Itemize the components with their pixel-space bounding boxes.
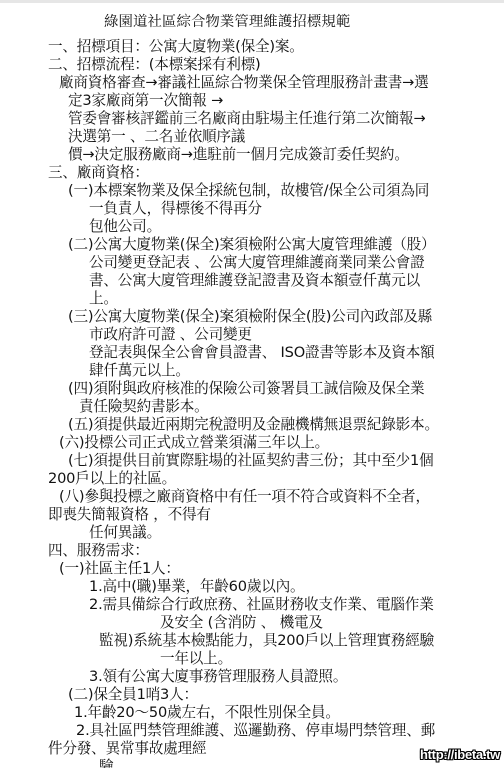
qualification-4-cont: 責任險契約書影本。 xyxy=(79,398,209,416)
requirement-security-guards: (二)保全員1哨3人： xyxy=(68,686,198,704)
qualification-3-cont: 市政府許可證 、公司變更 xyxy=(89,326,252,344)
qualification-7: (七)須提供目前實際駐場的社區契約書三份；其中至少1個 xyxy=(68,452,434,470)
qualification-2-cont: 上。 xyxy=(89,290,118,308)
qualification-2: (二)公寓大廈物業(保全)案須檢附公寓大廈管理維護（股） xyxy=(68,236,435,254)
manager-requirement-3: 3.領有公寓大廈事務管理服務人員證照。 xyxy=(89,668,347,686)
manager-requirement-2-cont: 及安全 (含消防 、 機電及 xyxy=(160,614,323,632)
qualification-1: (一)本標案物業及保全採統包制，故樓管/保全公司須為同 xyxy=(68,182,429,200)
manager-requirement-1: 1.高中(職)畢業，年齡60歲以內。 xyxy=(89,578,304,596)
document-title: 綠園道社區綜合物業管理維護招標規範 xyxy=(104,13,350,31)
manager-requirement-2-cont: 監視)系統基本檢點能力，具200戶以上管理實務經驗 xyxy=(99,632,434,650)
section-1-bidding-item: 一、招標項目：公寓大廈物業(保全)案。 xyxy=(48,38,304,56)
guard-requirement-1: 1.年齡20～50歲左右，不限性別保全員。 xyxy=(74,704,340,722)
process-line: 管委會審核評鑑前三名廠商由駐場主任進行第二次簡報→ xyxy=(68,110,425,128)
process-line: 價→決定服務廠商→進駐前一個月完成簽訂委任契約。 xyxy=(68,146,409,164)
qualification-3-cont: 肆仟萬元以上。 xyxy=(89,362,190,380)
process-line: 定3家廠商第一次簡報 → xyxy=(68,92,223,110)
guard-requirement-2: 2.具社區門禁管理維護、巡邏勤務、停車場門禁管理、郵 xyxy=(76,722,435,740)
document-page: 綠園道社區綜合物業管理維護招標規範 一、招標項目：公寓大廈物業(保全)案。 二、… xyxy=(0,0,504,768)
qualification-3-cont: 登記表與保全公會會員證書、 ISO證書等影本及資本額 xyxy=(89,344,435,362)
qualification-6: (六)投標公司正式成立營業須滿三年以上。 xyxy=(59,434,329,452)
watermark-url: http://ibeta.tw xyxy=(420,747,500,762)
manager-requirement-2-cont: 一年以上。 xyxy=(160,650,232,668)
section-3-vendor-qualifications: 三、廠商資格： xyxy=(48,164,149,182)
section-2-bidding-process: 二、招標流程：(本標案採有利標) xyxy=(48,56,261,74)
qualification-8: (八)參與投標之廠商資格中有任一項不符合或資料不全者， xyxy=(59,488,430,506)
qualification-5: (五)須提供最近兩期完稅證明及金融機構無退票紀錄影本。 xyxy=(68,416,439,434)
qualification-4: (四)須附與政府核准的保險公司簽署員工誠信險及保全業 xyxy=(68,380,424,398)
qualification-8-cont: 任何異議。 xyxy=(89,524,161,542)
guard-requirement-2-cont: 件分發、異常事故處理經 xyxy=(48,740,206,758)
section-4-service-requirements: 四、服務需求： xyxy=(48,542,149,560)
process-line: 決選第一 、二名並依順序議 xyxy=(68,128,245,146)
qualification-1-cont: 包他公司。 xyxy=(89,218,161,236)
qualification-2-cont: 公司變更登記表 、公寓大廈管理維護商業同業公會證 xyxy=(89,254,425,272)
manager-requirement-2: 2.需具備綜合行政庶務、社區財務收支作業、電腦作業 xyxy=(89,596,434,614)
qualification-7-cont: 200戶以上的社區。 xyxy=(48,470,176,488)
process-line: 廠商資格審查→審議社區綜合物業保全管理服務計畫書→選 xyxy=(59,74,429,92)
guard-requirement-2-cont: 驗。 xyxy=(99,758,128,768)
qualification-3: (三)公寓大廈物業(保全)案須檢附保全(股)公司內政部及縣 xyxy=(68,308,432,326)
qualification-1-cont: 一負責人，得標後不得再分 xyxy=(89,200,262,218)
qualification-8-cont: 即喪失簡報資格 ，不得有 xyxy=(48,506,211,524)
requirement-community-manager: (一)社區主任1人： xyxy=(59,560,180,578)
qualification-2-cont: 書、公寓大廈管理維護登記證書及資本額壹仟萬元以 xyxy=(89,272,420,290)
